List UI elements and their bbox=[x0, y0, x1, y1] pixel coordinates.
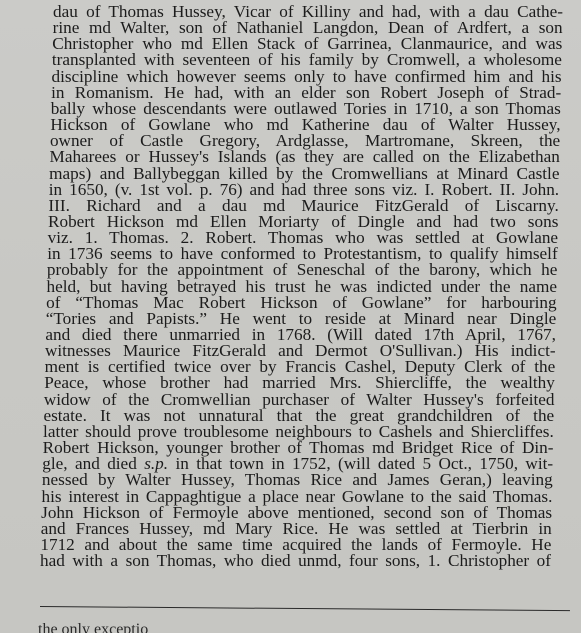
text-line: his interest in Cappaghtigue a place nea… bbox=[42, 488, 553, 505]
text-line: nessed by Walter Hussey, Thomas Rice and… bbox=[42, 471, 553, 488]
text-line: Maharees or Hussey's Islands (as they ar… bbox=[50, 148, 560, 165]
text-line: held, but having betrayed his trust he w… bbox=[47, 278, 558, 295]
text-line: transplanted with seventeen of his famil… bbox=[52, 51, 562, 68]
text-line: maps) and Ballybeggan killed by the Crom… bbox=[49, 165, 559, 182]
text-line: probably for the appointment of Senescha… bbox=[47, 261, 557, 278]
footnote-divider-rule bbox=[40, 606, 570, 611]
footnote-text-fragment: the only exceptio bbox=[38, 622, 148, 633]
scanned-book-page: dau of Thomas Hussey, Vicar of Killiny a… bbox=[0, 0, 581, 633]
text-line: Peace, whose brother had married Mrs. Sh… bbox=[44, 374, 555, 391]
text-line: had with a son Thomas, who died unmd, fo… bbox=[40, 552, 551, 569]
